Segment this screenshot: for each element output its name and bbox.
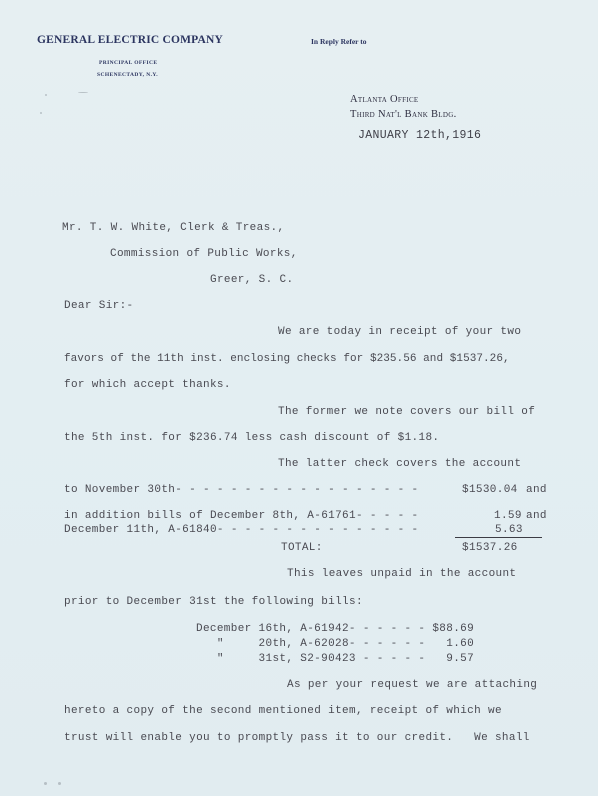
paper-speck bbox=[45, 94, 47, 96]
ledger-row-description: in addition bills of December 8th, A-617… bbox=[64, 510, 419, 522]
total-amount: $1537.26 bbox=[462, 542, 518, 554]
letterhead-city: SCHENECTADY, N.Y. bbox=[97, 72, 158, 78]
ledger-sum-underline bbox=[455, 537, 542, 538]
ledger-row-amount: $1530.04 bbox=[462, 484, 518, 496]
reply-refer-label: In Reply Refer to bbox=[311, 37, 366, 46]
body-line: trust will enable you to promptly pass i… bbox=[64, 732, 530, 744]
recipient-organization: Commission of Public Works, bbox=[110, 248, 298, 260]
letterhead-principal-office: PRINCIPAL OFFICE bbox=[99, 60, 157, 66]
ledger-row-description: December 11th, A-61840- - - - - - - - - … bbox=[64, 524, 419, 536]
ledger-row-suffix: and bbox=[526, 484, 547, 496]
paper-speck bbox=[40, 112, 42, 114]
salutation: Dear Sir:- bbox=[64, 300, 134, 312]
letter-page: GENERAL ELECTRIC COMPANY PRINCIPAL OFFIC… bbox=[0, 0, 598, 796]
body-line: the 5th inst. for $236.74 less cash disc… bbox=[64, 432, 439, 444]
body-line: favors of the 11th inst. enclosing check… bbox=[64, 353, 510, 365]
office-name: Atlanta Office bbox=[350, 94, 419, 105]
ledger-row-suffix: and bbox=[526, 510, 547, 522]
body-line: hereto a copy of the second mentioned it… bbox=[64, 705, 502, 717]
body-line: We are today in receipt of your two bbox=[278, 326, 521, 338]
body-line: As per your request we are attaching bbox=[287, 679, 537, 691]
total-label: TOTAL: bbox=[281, 542, 323, 554]
body-line: prior to December 31st the following bil… bbox=[64, 596, 363, 608]
recipient-location: Greer, S. C. bbox=[210, 274, 293, 286]
unpaid-bill-row: " 31st, S2-90423 - - - - - 9.57 bbox=[196, 652, 474, 667]
paper-speck bbox=[44, 782, 47, 785]
body-line: The latter check covers the account bbox=[278, 458, 521, 470]
unpaid-bill-row: " 20th, A-62028- - - - - - 1.60 bbox=[196, 637, 474, 652]
paper-speck bbox=[78, 92, 88, 93]
letterhead-company: GENERAL ELECTRIC COMPANY bbox=[37, 34, 223, 46]
body-line: The former we note covers our bill of bbox=[278, 406, 535, 418]
paper-speck bbox=[58, 782, 61, 785]
office-building: Third Nat'l Bank Bldg. bbox=[350, 109, 457, 120]
ledger-row-amount: 1.59 bbox=[494, 510, 522, 522]
body-line: This leaves unpaid in the account bbox=[287, 568, 516, 580]
unpaid-bill-row: December 16th, A-61942- - - - - - $88.69 bbox=[196, 622, 474, 637]
ledger-row-amount: 5.63 bbox=[495, 524, 523, 536]
body-line: for which accept thanks. bbox=[64, 379, 231, 391]
letter-date: JANUARY 12th,1916 bbox=[358, 129, 481, 142]
ledger-row-description: to November 30th- - - - - - - - - - - - … bbox=[64, 484, 419, 496]
recipient-name: Mr. T. W. White, Clerk & Treas., bbox=[62, 222, 284, 234]
